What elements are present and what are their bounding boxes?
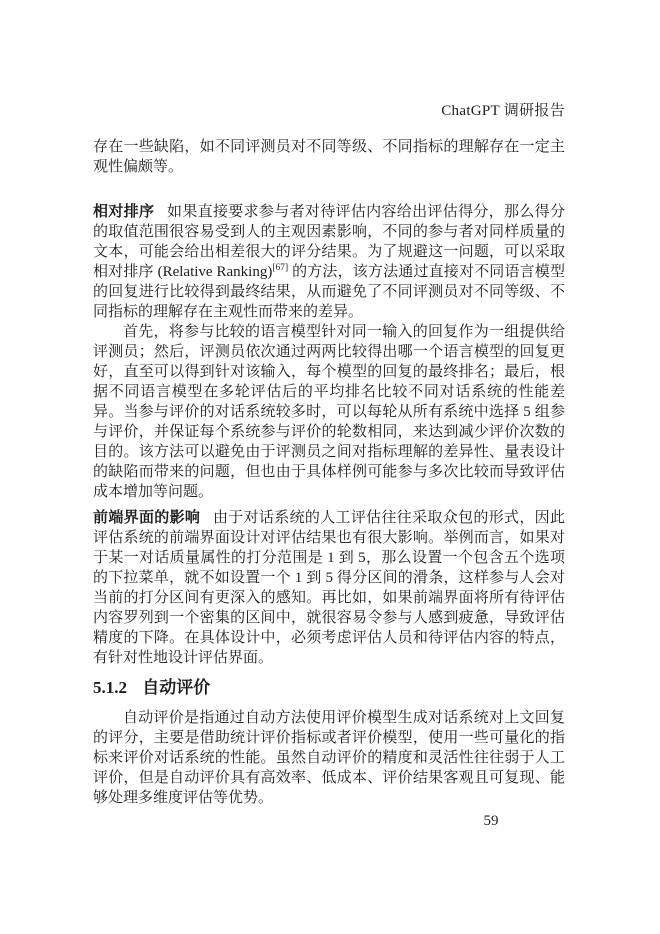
paragraph-text: 由于对话系统的人工评估往往采取众包的形式，因此评估系统的前端界面设计对评估结果也…	[93, 510, 565, 666]
section-heading: 5.1.2自动评价	[93, 677, 565, 699]
section-number: 5.1.2	[93, 678, 127, 697]
run-in-heading-frontend-influence: 前端界面的影响	[93, 510, 200, 526]
paragraph-overflow-from-previous-page: 存在一些缺陷，如不同评测员对不同等级、不同指标的理解存在一定主观性偏颇等。	[93, 137, 565, 177]
paragraph-frontend-influence: 前端界面的影响由于对话系统的人工评估往往采取众包的形式，因此评估系统的前端界面设…	[93, 508, 565, 668]
paragraph-relative-ranking: 相对排序如果直接要求参与者对待评估内容给出评估得分，那么得分的取值范围很容易受到…	[93, 202, 565, 322]
running-header: ChatGPT 调研报告	[93, 99, 565, 120]
citation-reference: [67]	[272, 263, 288, 273]
document-page: ChatGPT 调研报告 存在一些缺陷，如不同评测员对不同等级、不同指标的理解存…	[0, 0, 660, 934]
paragraph-ranking-procedure: 首先，将参与比较的语言模型针对同一输入的回复作为一组提供给评测员；然后，评测员依…	[93, 322, 565, 502]
paragraph-auto-eval-intro: 自动评价是指通过自动方法使用评价模型生成对话系统对上文回复的评分，主要是借助统计…	[93, 708, 565, 808]
section-title: 自动评价	[142, 678, 210, 697]
page-number: 59	[475, 813, 507, 830]
run-in-heading-relative-ranking: 相对排序	[93, 204, 154, 220]
